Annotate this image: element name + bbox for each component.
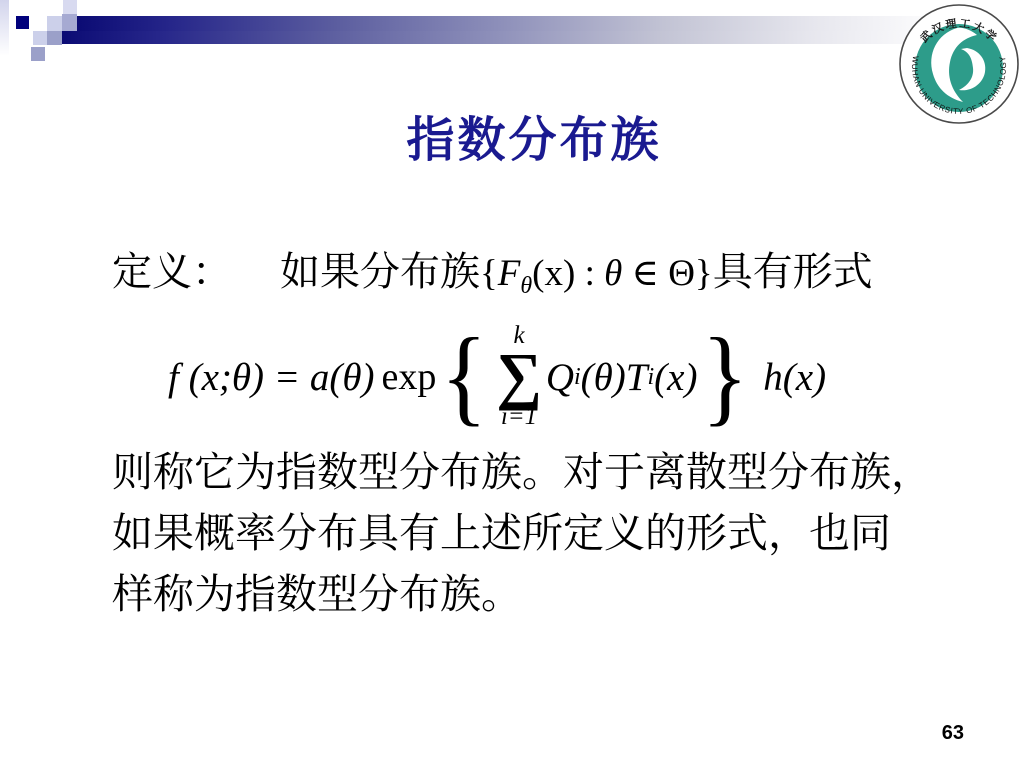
formula-T-subscript: i — [647, 364, 654, 391]
math-theta: θ — [604, 253, 622, 294]
page-number: 63 — [942, 722, 964, 745]
sum-lower-limit: i=1 — [501, 405, 537, 429]
formula-hx: h(x) — [763, 355, 826, 400]
paragraph-line-3: 样称为指数型分布族。 — [112, 564, 932, 625]
paragraph-line-2: 如果概率分布具有上述所定义的形式，也同 — [112, 503, 932, 564]
math-open-brace: { — [480, 253, 498, 294]
paragraph-line-1: 则称它为指数型分布族。对于离散型分布族， — [112, 442, 932, 503]
slide: 武汉理工大学 WUHAN UNIVERSITY OF TECHNOLOGY 指数… — [0, 0, 1024, 768]
decor-square-medium-2 — [47, 31, 62, 45]
body-paragraph: 则称它为指数型分布族。对于离散型分布族， 如果概率分布具有上述所定义的形式，也同… — [112, 442, 932, 625]
math-F: F — [498, 253, 521, 294]
formula-open-brace: { — [441, 323, 488, 431]
definition-label: 定义： — [112, 249, 232, 294]
formula-lhs: f (x;θ) = a(θ) — [168, 355, 374, 400]
university-logo-icon: 武汉理工大学 WUHAN UNIVERSITY OF TECHNOLOGY — [897, 2, 1021, 126]
math-capital-theta: Θ — [668, 253, 695, 294]
decor-square-pale — [63, 0, 77, 14]
math-element-of: ∈ — [622, 253, 668, 294]
formula-mid: (θ)T — [581, 355, 648, 400]
sigma-symbol: ∑ — [496, 347, 542, 405]
header-gradient-bar-top — [76, 16, 1024, 31]
math-close-brace: } — [695, 253, 713, 294]
formula-tail: (x) — [654, 355, 697, 400]
slide-title: 指数分布族 — [0, 116, 1024, 166]
exponential-family-formula: f (x;θ) = a(θ) exp { k ∑ i=1 Q i (θ)T i … — [168, 321, 826, 433]
decor-square-medium-3 — [31, 47, 45, 61]
decor-square-light-1 — [47, 16, 62, 31]
formula-Q-subscript: i — [574, 364, 581, 391]
decor-square-medium-1 — [62, 14, 77, 31]
formula-Q: Q — [546, 355, 574, 400]
math-of-x: (x) : — [532, 253, 604, 294]
math-F-subscript: θ — [520, 273, 532, 299]
decor-square-light-2 — [33, 31, 47, 45]
formula-close-brace: } — [702, 323, 749, 431]
slide-title-text: 指数分布族 — [406, 116, 661, 166]
decor-square-navy — [16, 16, 29, 29]
formula-summation: k ∑ i=1 — [496, 325, 542, 429]
definition-suffix: 具有形式 — [713, 249, 873, 294]
header-gradient-bar-bottom — [62, 31, 1024, 44]
formula-exp: exp — [381, 355, 436, 399]
definition-intro: 如果分布族 — [280, 249, 480, 294]
left-gradient-strip — [0, 0, 9, 56]
definition-line: 定义：如果分布族{Fθ(x) : θ ∈ Θ}具有形式 — [112, 246, 873, 312]
